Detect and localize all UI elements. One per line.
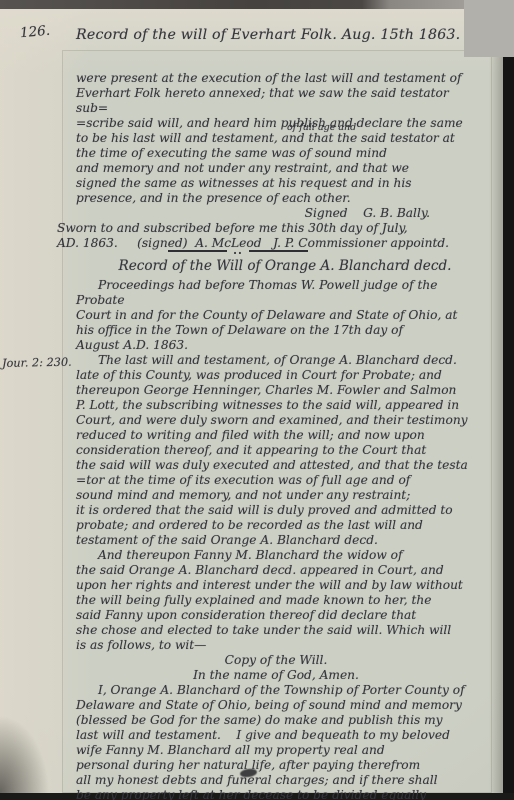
manuscript-line: the said will was duly executed and atte…: [76, 458, 476, 473]
manuscript-line: is as follows, to wit—: [76, 638, 476, 653]
record-title-everhart-folk: Record of the will of Everhart Folk. Aug…: [76, 27, 472, 43]
manuscript-line: P. Lott, the subscribing witnesses to th…: [76, 398, 476, 413]
manuscript-line: Court in and for the County of Delaware …: [76, 308, 476, 323]
divider-rule-right: [249, 250, 308, 252]
manuscript-line: the will being fully explained and made …: [76, 593, 476, 608]
scan-right-edge: [503, 57, 514, 800]
manuscript-line: testament of the said Orange A. Blanchar…: [76, 533, 476, 548]
divider-rule-left: [168, 250, 227, 252]
manuscript-line: be any property left at her decease to b…: [76, 788, 476, 800]
manuscript-line: to be his last will and testament, and t…: [76, 131, 472, 146]
manuscript-line: wife Fanny M. Blanchard all my property …: [76, 743, 476, 758]
manuscript-line: presence, and in the presence of each ot…: [76, 191, 472, 206]
manuscript-line: consideration thereof, and it appearing …: [76, 443, 476, 458]
manuscript-line: sound mind and memory, and not under any…: [76, 488, 476, 503]
manuscript-line: And thereupon Fanny M. Blanchard the wid…: [76, 548, 476, 563]
scan-top-edge: [0, 0, 464, 9]
manuscript-line: Signed G. B. Bally.: [76, 206, 472, 221]
manuscript-line: In the name of God, Amen.: [76, 668, 476, 683]
manuscript-line: August A.D. 1863.: [76, 338, 476, 353]
manuscript-line: were present at the execution of the las…: [76, 71, 472, 86]
manuscript-line: Everhart Folk hereto annexed; that we sa…: [76, 86, 472, 116]
page-number: 126.: [19, 23, 50, 42]
manuscript-line: personal during her natural life, after …: [76, 758, 476, 773]
manuscript-line: Court, and were duly sworn and examined,…: [76, 413, 476, 428]
record-body-everhart-folk: were present at the execution of the las…: [76, 71, 472, 251]
record-title-orange-blanchard: Record of the Will of Orange A. Blanchar…: [92, 258, 478, 274]
manuscript-line: the time of executing the same was of so…: [76, 146, 472, 161]
manuscript-line: all my honest debts and funeral charges;…: [76, 773, 476, 788]
manuscript-line: and memory and not under any restraint, …: [76, 161, 472, 176]
divider-dots: ..: [233, 248, 243, 254]
manuscript-line: =scribe said will, and heard him publish…: [76, 116, 472, 131]
manuscript-line: (blessed be God for the same) do make an…: [76, 713, 476, 728]
manuscript-line: Copy of the Will.: [76, 653, 476, 668]
manuscript-line: it is ordered that the said will is duly…: [76, 503, 476, 518]
interlinear-insert: of full age and: [287, 122, 356, 133]
manuscript-line: the said Orange A. Blanchard decd. appea…: [76, 563, 476, 578]
manuscript-line: she chose and elected to take under the …: [76, 623, 476, 638]
manuscript-line: thereupon George Henninger, Charles M. F…: [76, 383, 476, 398]
manuscript-line: upon her rights and interest under the w…: [76, 578, 476, 593]
manuscript-line: I, Orange A. Blanchard of the Township o…: [76, 683, 476, 698]
manuscript-line: The last will and testament, of Orange A…: [76, 353, 476, 368]
scanned-record-page: 126. Record of the will of Everhart Folk…: [0, 0, 514, 800]
manuscript-line: late of this County, was produced in Cou…: [76, 368, 476, 383]
manuscript-line: said Fanny upon consideration thereof di…: [76, 608, 476, 623]
manuscript-line: last will and testament. I give and bequ…: [76, 728, 476, 743]
manuscript-line: reduced to writing and filed with the wi…: [76, 428, 476, 443]
manuscript-line: Sworn to and subscribed before me this 3…: [57, 221, 472, 236]
manuscript-line: Proceedings had before Thomas W. Powell …: [76, 278, 476, 308]
manuscript-line: =tor at the time of its execution was of…: [76, 473, 476, 488]
manuscript-line: Delaware and State of Ohio, being of sou…: [76, 698, 476, 713]
record-body-orange-blanchard: Proceedings had before Thomas W. Powell …: [76, 278, 476, 800]
manuscript-line: probate; and ordered to be recorded as t…: [76, 518, 476, 533]
manuscript-line: his office in the Town of Delaware on th…: [76, 323, 476, 338]
section-divider: ..: [168, 245, 308, 257]
manuscript-line: signed the same as witnesses at his requ…: [76, 176, 472, 191]
